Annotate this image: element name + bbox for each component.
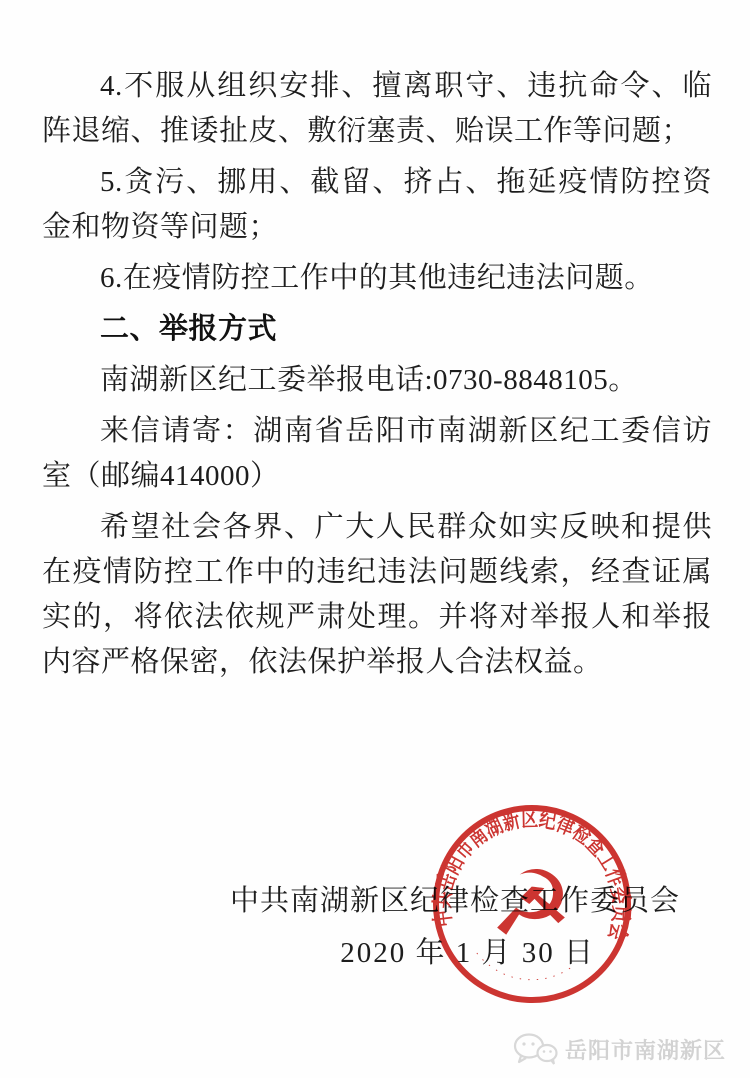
paragraph-closing: 希望社会各界、广大人民群众如实反映和提供在疫情防控工作中的违纪违法问题线索，经查…: [42, 505, 712, 685]
paragraph-item-6: 6.在疫情防控工作中的其他违纪违法问题。: [42, 256, 712, 301]
paragraph-hotline: 南湖新区纪工委举报电话:0730-8848105。: [42, 358, 712, 403]
document-body: 4.不服从组织安排、擅离职守、违抗命令、临阵退缩、推诿扯皮、敷衍塞责、贻误工作等…: [0, 0, 750, 685]
paragraph-item-5: 5.贪污、挪用、截留、挤占、拖延疫情防控资金和物资等问题；: [42, 160, 712, 250]
document-page: 4.不服从组织安排、擅离职守、违抗命令、临阵退缩、推诿扯皮、敷衍塞责、贻误工作等…: [0, 0, 750, 1078]
paragraph-mail-address: 来信请寄：湖南省岳阳市南湖新区纪工委信访室（邮编414000）: [42, 409, 712, 499]
wechat-icon: [511, 1032, 559, 1066]
paragraph-item-4: 4.不服从组织安排、擅离职守、违抗命令、临阵退缩、推诿扯皮、敷衍塞责、贻误工作等…: [42, 64, 712, 154]
watermark-label: 岳阳市南湖新区: [565, 1034, 726, 1065]
wechat-watermark: 岳阳市南湖新区: [511, 1032, 726, 1066]
official-seal: ☭ 中共岳阳市南湖新区纪律检查工作委员会 · · · · · · · · · ·…: [425, 797, 639, 1011]
section-heading-report-methods: 二、举报方式: [42, 307, 712, 352]
seal-emblem-hammer-sickle-icon: ☭: [488, 849, 576, 960]
